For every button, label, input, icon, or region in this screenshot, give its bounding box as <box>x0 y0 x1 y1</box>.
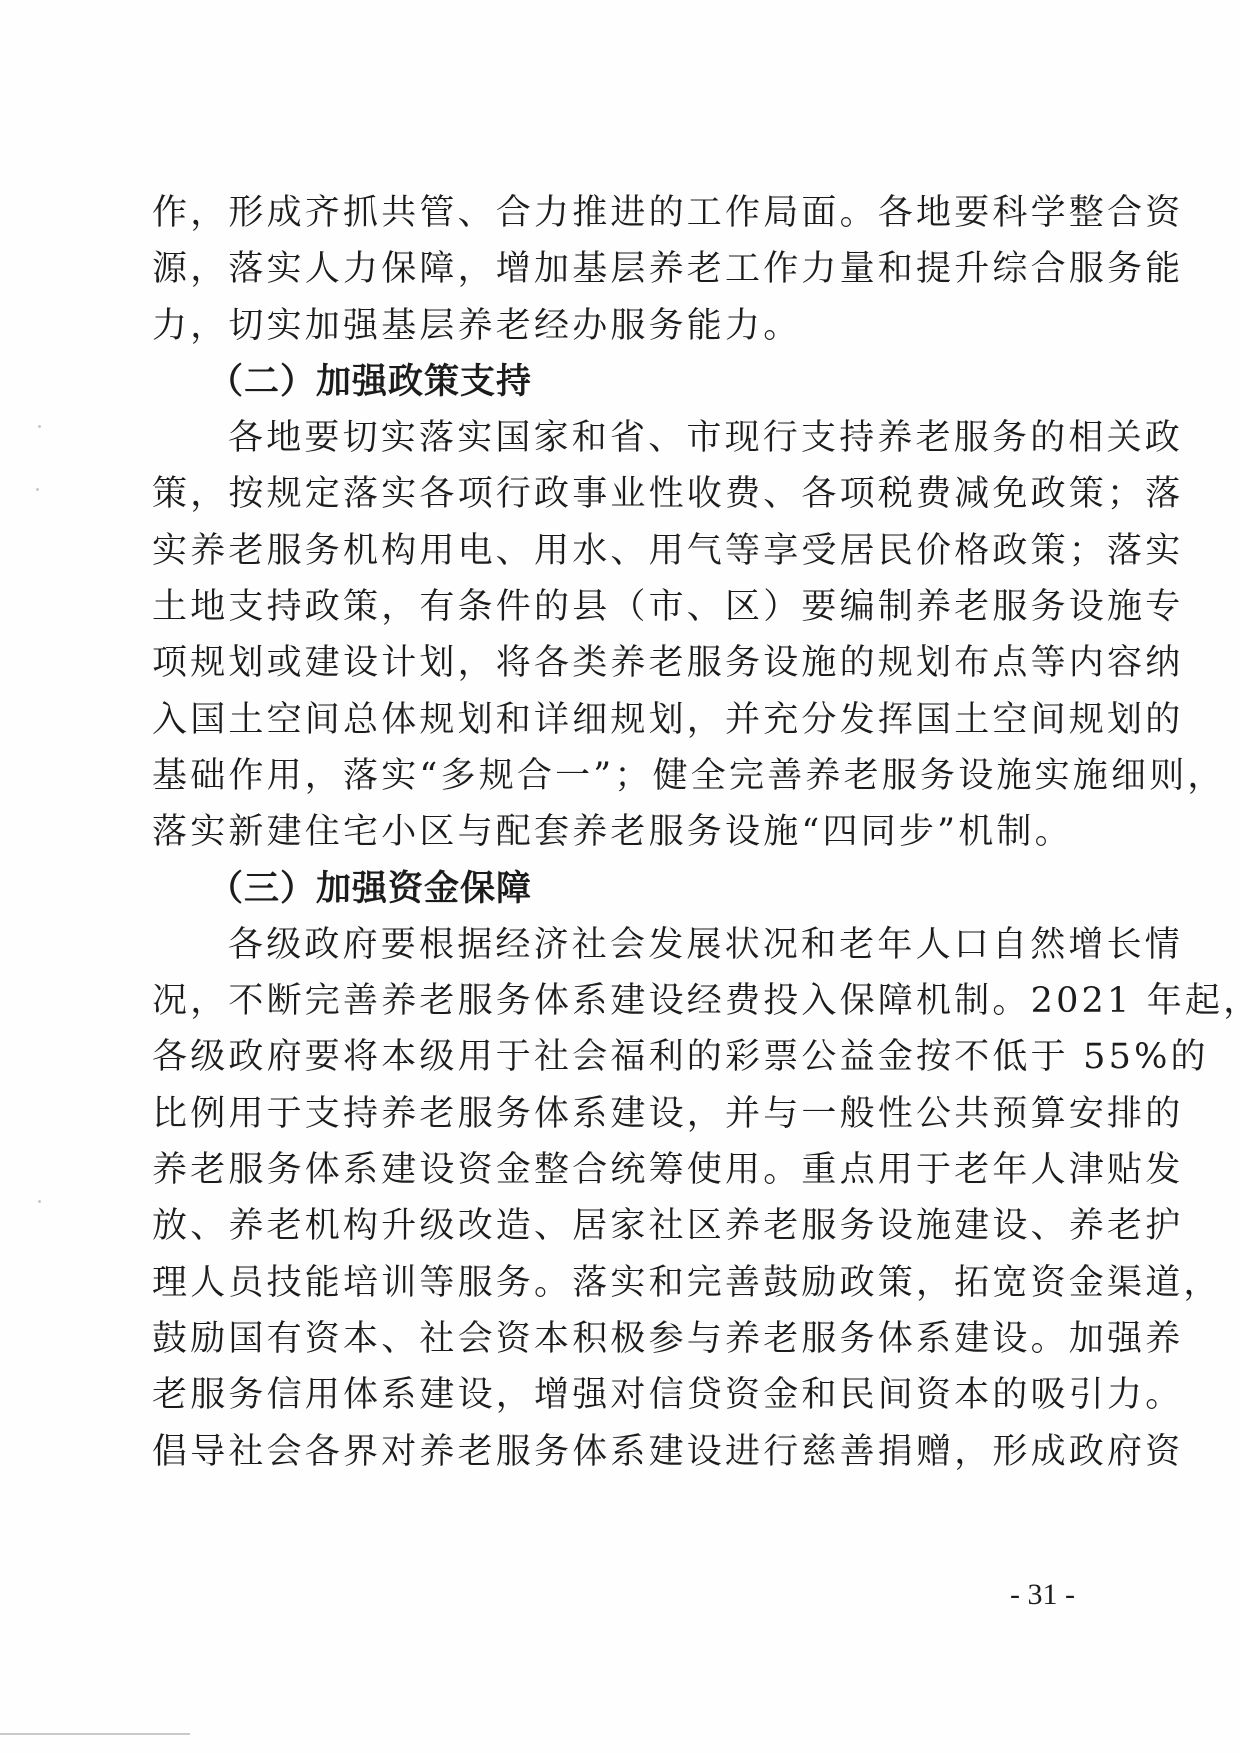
scan-speck <box>38 1200 41 1203</box>
text-line: 作，形成齐抓共管、合力推进的工作局面。各地要科学整合资 <box>152 185 1067 241</box>
document-body: 作，形成齐抓共管、合力推进的工作局面。各地要科学整合资 源，落实人力保障，增加基… <box>152 185 1067 1480</box>
text-line: 倡导社会各界对养老服务体系建设进行慈善捐赠，形成政府资 <box>152 1424 1067 1480</box>
text-line: 源，落实人力保障，增加基层养老工作力量和提升综合服务能 <box>152 241 1067 297</box>
text-line: 老服务信用体系建设，增强对信贷资金和民间资本的吸引力。 <box>152 1367 1067 1423</box>
text-line: 放、养老机构升级改造、居家社区养老服务设施建设、养老护 <box>152 1198 1067 1254</box>
text-line: 基础作用，落实“多规合一”；健全完善养老服务设施实施细则， <box>152 748 1067 804</box>
section-heading-policy-support: （二）加强政策支持 <box>152 354 1067 410</box>
text-line: 实养老服务机构用电、用水、用气等享受居民价格政策；落实 <box>152 523 1067 579</box>
text-line: 项规划或建设计划，将各类养老服务设施的规划布点等内容纳 <box>152 635 1067 691</box>
document-page: 作，形成齐抓共管、合力推进的工作局面。各地要科学整合资 源，落实人力保障，增加基… <box>0 0 1240 1753</box>
text-line: 入国土空间总体规划和详细规划，并充分发挥国土空间规划的 <box>152 692 1067 748</box>
scan-speck <box>38 425 41 428</box>
text-line: 比例用于支持养老服务体系建设，并与一般性公共预算安排的 <box>152 1086 1067 1142</box>
text-line: 土地支持政策，有条件的县（市、区）要编制养老服务设施专 <box>152 579 1067 635</box>
paragraph-start: 各地要切实落实国家和省、市现行支持养老服务的相关政 <box>152 410 1067 466</box>
text-line: 理人员技能培训等服务。落实和完善鼓励政策，拓宽资金渠道， <box>152 1255 1067 1311</box>
paragraph-start: 各级政府要根据经济社会发展状况和老年人口自然增长情 <box>152 917 1067 973</box>
section-heading-funding-guarantee: （三）加强资金保障 <box>152 861 1067 917</box>
text-line: 养老服务体系建设资金整合统筹使用。重点用于老年人津贴发 <box>152 1142 1067 1198</box>
text-line: 鼓励国有资本、社会资本积极参与养老服务体系建设。加强养 <box>152 1311 1067 1367</box>
text-line: 各级政府要将本级用于社会福利的彩票公益金按不低于 55%的 <box>152 1029 1067 1085</box>
page-number: - 31 - <box>1010 1578 1075 1612</box>
scan-edge-line <box>0 1733 190 1735</box>
text-line: 力，切实加强基层养老经办服务能力。 <box>152 298 1067 354</box>
text-line: 况，不断完善养老服务体系建设经费投入保障机制。2021 年起， <box>152 973 1067 1029</box>
text-line: 落实新建住宅小区与配套养老服务设施“四同步”机制。 <box>152 804 1067 860</box>
text-line: 策，按规定落实各项行政事业性收费、各项税费减免政策；落 <box>152 466 1067 522</box>
scan-speck <box>36 488 39 491</box>
